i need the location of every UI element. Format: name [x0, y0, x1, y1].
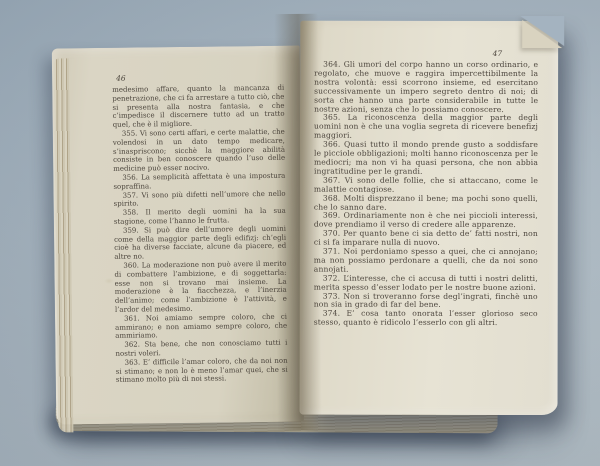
maxim-text: La riconoscenza della maggior parte degl… — [314, 113, 538, 140]
open-book: 46 medesimo affare, quanto la mancanza d… — [38, 10, 554, 452]
left-page-number: 46 — [116, 72, 284, 83]
maxim-paragraph: 356. La semplicità affettata è una impos… — [113, 172, 285, 192]
maxim-text: L’interesse, che ci accusa di tutti i no… — [314, 273, 538, 291]
maxim-number: 358. — [123, 209, 139, 217]
maxim-text: Noi perdoniamo spesso a quei, che ci ann… — [314, 247, 538, 274]
maxim-text: E’ difficile l’amar coloro, che da noi n… — [116, 356, 288, 384]
maxim-paragraph: 365. La riconoscenza della maggior parte… — [314, 114, 538, 141]
maxim-text: Gli umori del corpo hanno un corso ordin… — [314, 60, 538, 114]
right-page-number: 47 — [314, 49, 538, 58]
maxim-paragraph: 358. Il merito degli uomini ha la sua st… — [114, 207, 286, 227]
maxim-number: 362. — [124, 341, 140, 349]
maxim-paragraph: 372. L’interesse, che ci accusa di tutti… — [314, 274, 538, 292]
right-page-text: 364. Gli umori del corpo hanno un corso … — [314, 61, 538, 329]
left-page-text: medesimo affare, quanto la mancanza di p… — [112, 84, 288, 385]
maxim-text: Noi amiamo sempre coloro, che ci ammiran… — [115, 312, 287, 340]
maxim-number: 366. — [323, 140, 340, 149]
maxim-number: 360. — [123, 261, 139, 269]
left-page-edge-stack — [54, 58, 74, 432]
maxim-number: 355. — [122, 130, 138, 138]
maxim-text: Per quanto bene ci sia detto de’ fatti n… — [314, 229, 538, 247]
maxim-paragraph: 355. Vi sono certi affari, e certe malat… — [113, 128, 286, 174]
maxim-paragraph: 366. Quasi tutto il mondo prende gusto a… — [314, 141, 538, 177]
maxim-number: 357. — [122, 191, 138, 199]
maxim-paragraph: 364. Gli umori del corpo hanno un corso … — [314, 61, 538, 115]
maxim-paragraph: 363. E’ difficile l’amar coloro, che da … — [116, 356, 288, 384]
maxim-number: 374. — [323, 309, 340, 318]
maxim-paragraph: 370. Per quanto bene ci sia detto de’ fa… — [314, 230, 538, 248]
maxim-number: 372. — [323, 273, 340, 282]
maxim-text: medesimo affare, quanto la mancanza di p… — [112, 84, 284, 129]
maxim-paragraph: 357. Vi sono più difetti nell’umore che … — [113, 189, 285, 209]
photo-backdrop: 46 medesimo affare, quanto la mancanza d… — [0, 0, 600, 466]
maxim-text: Non si troveranno forse degl’ingrati, fi… — [314, 291, 538, 309]
maxim-paragraph: 360. La moderazione non può avere il mer… — [114, 260, 287, 315]
maxim-number: 369. — [323, 211, 340, 220]
maxim-number: 365. — [323, 113, 340, 122]
maxim-number: 356. — [122, 173, 138, 181]
maxim-paragraph: 369. Ordinariamente non è che nei piccio… — [314, 212, 538, 230]
maxim-text: La semplicità affettata è una impostura … — [113, 172, 285, 191]
maxim-number: 373. — [323, 291, 340, 300]
maxim-text: Si può dire dell’umore degli uomini come… — [114, 224, 286, 260]
maxim-paragraph: 361. Noi amiamo sempre coloro, che ci am… — [115, 312, 287, 340]
page-corner-curl-icon — [514, 18, 562, 58]
maxim-text: Vi sono delle follie, che si attaccano, … — [314, 175, 538, 193]
maxim-text: La moderazione non può avere il merito d… — [114, 260, 286, 314]
book-left-page: 46 medesimo affare, quanto la mancanza d… — [52, 46, 305, 425]
maxim-text: Vi sono più difetti nell’umore che nello… — [114, 189, 286, 208]
maxim-number: 367. — [323, 175, 340, 184]
maxim-text: Il merito degli uomini ha la sua stagion… — [114, 207, 286, 226]
maxim-paragraph: 367. Vi sono delle follie, che si attacc… — [314, 176, 538, 194]
maxim-text: Quasi tutto il mondo prende gusto a sodd… — [314, 140, 538, 176]
maxim-number: 364. — [323, 60, 340, 69]
maxim-text: Ordinariamente non è che nei piccioli in… — [314, 211, 538, 229]
maxim-text: Molti disprezzano il bene; ma pochi sono… — [314, 193, 538, 211]
maxim-paragraph: 374. E’ cosa tanto onorata l’esser glori… — [314, 310, 538, 328]
maxim-number: 368. — [323, 193, 340, 202]
maxim-paragraph: 368. Molti disprezzano il bene; ma pochi… — [314, 194, 538, 212]
maxim-paragraph: 373. Non si troveranno forse degl’ingrat… — [314, 292, 538, 310]
maxim-text: Vi sono certi affari, e certe malattie, … — [113, 128, 285, 173]
maxim-number: 370. — [323, 229, 340, 238]
book-right-page: 47 364. Gli umori del corpo hanno un cor… — [300, 21, 559, 415]
maxim-text: E’ cosa tanto onorata l’esser glorioso s… — [314, 309, 538, 327]
maxim-number: 359. — [123, 226, 139, 234]
maxim-number: 371. — [323, 247, 340, 256]
maxim-paragraph: 359. Si può dire dell’umore degli uomini… — [114, 224, 286, 261]
maxim-number: 361. — [124, 314, 140, 322]
maxim-paragraph: 362. Sta bene, che non conosciamo tutti … — [115, 339, 287, 359]
maxim-paragraph: 371. Noi perdoniamo spesso a quei, che c… — [314, 248, 538, 275]
maxim-number: 363. — [125, 358, 141, 366]
maxim-text: Sta bene, che non conosciamo tutti i nos… — [115, 339, 287, 358]
maxim-paragraph: medesimo affare, quanto la mancanza di p… — [112, 84, 285, 130]
